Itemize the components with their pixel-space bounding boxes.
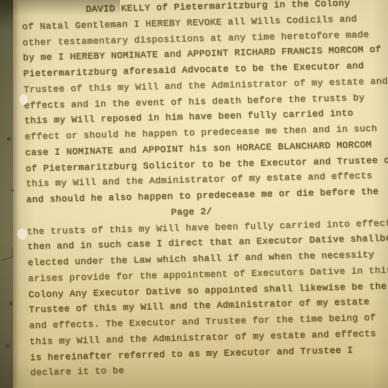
punch-hole (17, 228, 27, 240)
page-binding-edge (0, 0, 13, 388)
scanned-document-page: DAVID KELLY of Pietermaritzburg in the C… (0, 0, 388, 388)
document-text: DAVID KELLY of Pietermaritzburg in the C… (22, 0, 388, 381)
